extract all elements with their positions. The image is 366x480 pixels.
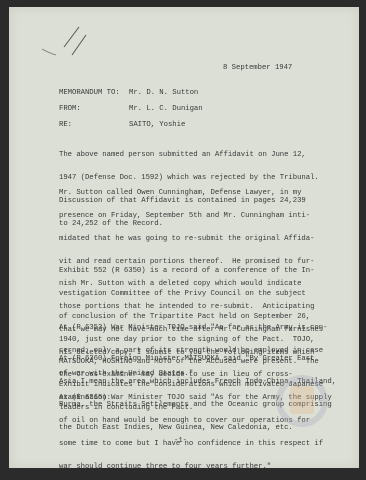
text-line: war should continue three to four years … bbox=[59, 464, 344, 472]
text-line: midated that he was going to re-submit t… bbox=[59, 236, 344, 244]
memo-to-label: MEMORANDUM TO: bbox=[59, 90, 120, 98]
text-line: Exhibit 552 (R 6350) is a record of a co… bbox=[59, 268, 344, 276]
text-line: The above named person submitted an Affi… bbox=[59, 152, 344, 160]
page-number: -1- bbox=[174, 438, 187, 446]
memo-to-value: Mr. D. N. Sutton bbox=[129, 90, 198, 98]
text-line: Mr. Sutton called Owen Cunningham, Defen… bbox=[59, 190, 344, 198]
seal-building-icon bbox=[290, 386, 314, 414]
memo-re-value: SAITO, Yoshie bbox=[129, 122, 185, 130]
memo-from-label: FROM: bbox=[59, 106, 81, 114]
memo-re-label: RE: bbox=[59, 122, 72, 130]
memo-date: 8 September 1947 bbox=[223, 65, 292, 73]
text-line: At (R 6360) Foreign Minister MATSUOKA sa… bbox=[59, 356, 344, 364]
handwritten-mark-icon bbox=[34, 17, 94, 67]
text-line: some time to come but I have no confiden… bbox=[59, 441, 344, 449]
text-line: At (R 6353) War Minister TOJO said "As f… bbox=[59, 325, 344, 333]
text-line: vestigation Committee of the Privy Counc… bbox=[59, 291, 344, 299]
text-line: presence on Friday, September 5th and Mr… bbox=[59, 213, 344, 221]
memo-from-value: Mr. L. C. Dunigan bbox=[129, 106, 203, 114]
